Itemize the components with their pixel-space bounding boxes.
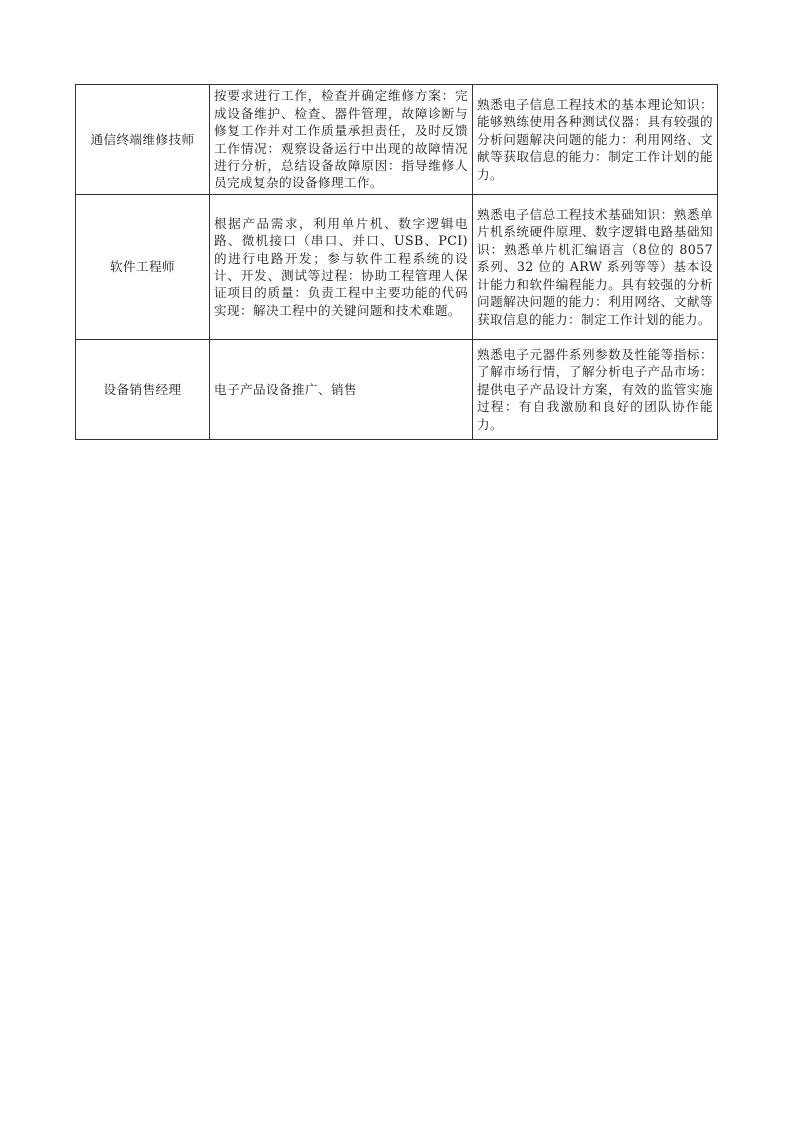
job-title-cell: 软件工程师 bbox=[76, 195, 210, 340]
job-title-cell: 通信终端维修技师 bbox=[76, 85, 210, 195]
job-requirements-cell: 熟悉电子信息工程技术的基本理论知识：能够熟练使用各种测试仪器：具有较强的分析问题… bbox=[473, 85, 718, 195]
job-duties-cell: 根据产品需求，利用单片机、数字逻辑电路、微机接口（串口、并口、USB、PCI)的… bbox=[210, 195, 473, 340]
table-row: 设备销售经理 电子产品设备推广、销售 熟悉电子元器件系列参数及性能等指标：了解市… bbox=[76, 340, 718, 440]
job-requirements-cell: 熟悉电子元器件系列参数及性能等指标：了解市场行情，了解分析电子产品市场：提供电子… bbox=[473, 340, 718, 440]
job-title-cell: 设备销售经理 bbox=[76, 340, 210, 440]
job-requirements-table: 通信终端维修技师 按要求进行工作，检查并确定维修方案：完成设备维护、检查、器件管… bbox=[75, 84, 718, 440]
job-requirements-cell: 熟悉电子信总工程技术基础知识：熟悉单片机系统硬件原理、数字逻辑电路基础知识：熟悉… bbox=[473, 195, 718, 340]
job-duties-cell: 电子产品设备推广、销售 bbox=[210, 340, 473, 440]
job-duties-cell: 按要求进行工作，检查并确定维修方案：完成设备维护、检查、器件管理，故障诊断与修复… bbox=[210, 85, 473, 195]
table-row: 通信终端维修技师 按要求进行工作，检查并确定维修方案：完成设备维护、检查、器件管… bbox=[76, 85, 718, 195]
table-row: 软件工程师 根据产品需求，利用单片机、数字逻辑电路、微机接口（串口、并口、USB… bbox=[76, 195, 718, 340]
